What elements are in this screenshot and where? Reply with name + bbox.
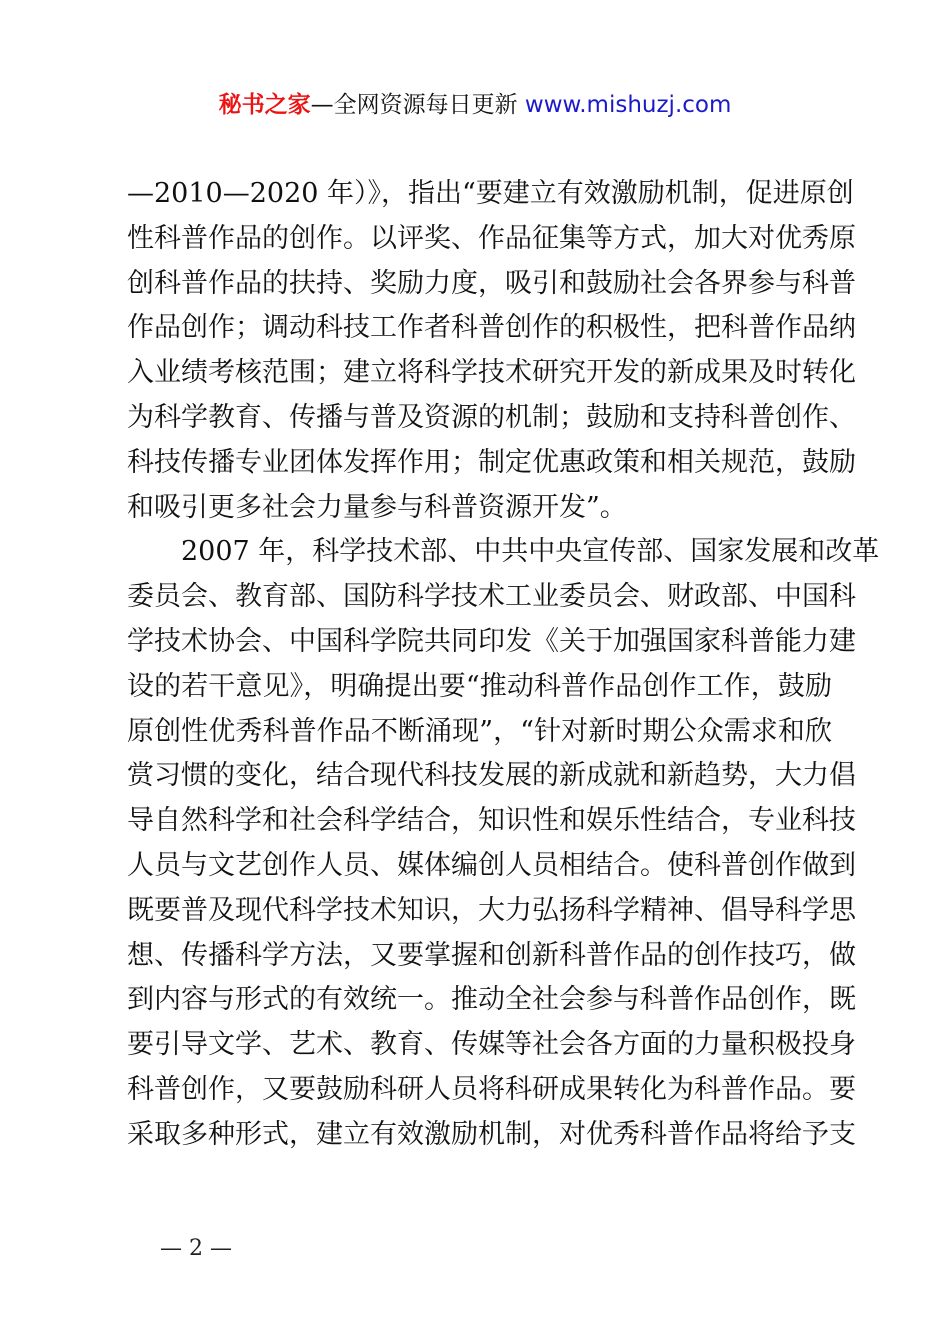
brand-name: 秘书之家: [219, 92, 311, 118]
text-line: 想、传播科学方法，又要掌握和创新科普作品的创作技巧，做: [127, 934, 832, 979]
document-page: 秘书之家—全网资源每日更新 www.mishuzj.com —2010—2020…: [0, 0, 950, 1344]
text-line: 委员会、教育部、国防科学技术工业委员会、财政部、中国科: [127, 575, 832, 620]
text-line: 科技传播专业团体发挥作用；制定优惠政策和相关规范，鼓励: [127, 441, 832, 486]
text-line: 为科学教育、传播与普及资源的机制；鼓励和支持科普创作、: [127, 396, 832, 441]
page-number: — 2 —: [160, 1236, 232, 1261]
text-line: 人员与文艺创作人员、媒体编创人员相结合。使科普创作做到: [127, 844, 832, 889]
text-line: 导自然科学和社会科学结合，知识性和娱乐性结合，专业科技: [127, 799, 832, 844]
text-line: 2007 年，科学技术部、中共中央宣传部、国家发展和改革: [127, 530, 832, 575]
site-url[interactable]: www.mishuzj.com: [525, 92, 731, 118]
text-line: 科普创作，又要鼓励科研人员将科研成果转化为科普作品。要: [127, 1068, 832, 1113]
page-header: 秘书之家—全网资源每日更新 www.mishuzj.com: [0, 88, 950, 122]
text-line: 设的若干意见》，明确提出要“推动科普作品创作工作，鼓励: [127, 665, 832, 710]
text-line: 和吸引更多社会力量参与科普资源开发”。: [127, 486, 832, 531]
text-line: 既要普及现代科学技术知识，大力弘扬科学精神、倡导科学思: [127, 889, 832, 934]
text-line: 入业绩考核范围；建立将科学技术研究开发的新成果及时转化: [127, 351, 832, 396]
text-line: 赏习惯的变化，结合现代科技发展的新成就和新趋势，大力倡: [127, 754, 832, 799]
paragraph-1: —2010—2020 年）》，指出“要建立有效激励机制，促进原创 性科普作品的创…: [127, 172, 832, 530]
text-line: 创科普作品的扶持、奖励力度，吸引和鼓励社会各界参与科普: [127, 262, 832, 307]
text-line: —2010—2020 年）》，指出“要建立有效激励机制，促进原创: [127, 172, 832, 217]
text-line: 作品创作；调动科技工作者科普创作的积极性，把科普作品纳: [127, 306, 832, 351]
text-line: 学技术协会、中国科学院共同印发《关于加强国家科普能力建: [127, 620, 832, 665]
body-text: —2010—2020 年）》，指出“要建立有效激励机制，促进原创 性科普作品的创…: [127, 172, 832, 1158]
paragraph-2: 2007 年，科学技术部、中共中央宣传部、国家发展和改革 委员会、教育部、国防科…: [127, 530, 832, 1157]
text-line: 原创性优秀科普作品不断涌现”，“针对新时期公众需求和欣: [127, 710, 832, 755]
text-line: 要引导文学、艺术、教育、传媒等社会各方面的力量积极投身: [127, 1023, 832, 1068]
text-line: 性科普作品的创作。以评奖、作品征集等方式，加大对优秀原: [127, 217, 832, 262]
text-line: 到内容与形式的有效统一。推动全社会参与科普作品创作，既: [127, 978, 832, 1023]
header-tagline: —全网资源每日更新: [311, 92, 525, 118]
text-line: 采取多种形式，建立有效激励机制，对优秀科普作品将给予支: [127, 1113, 832, 1158]
